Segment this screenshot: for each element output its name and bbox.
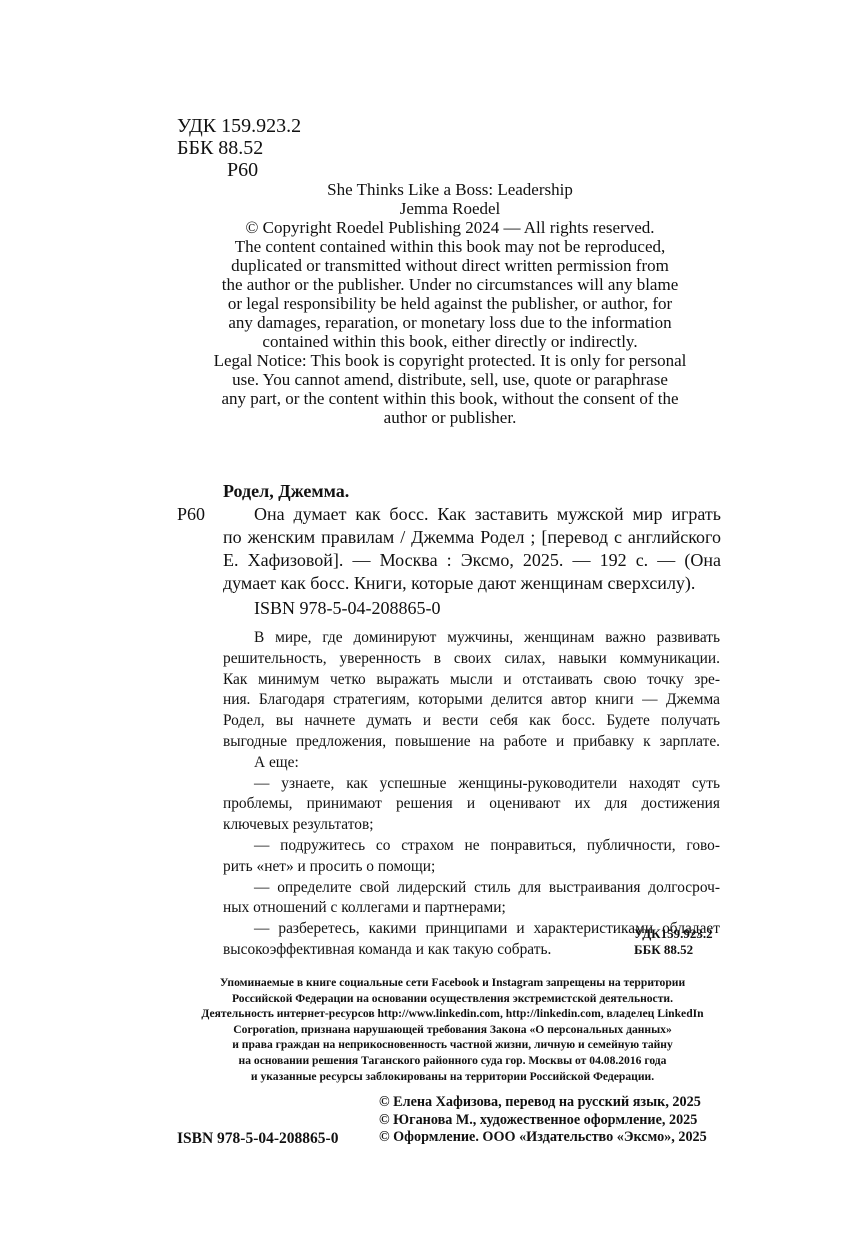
legal-disclaimer: Упоминаемые в книге социальные сети Face… <box>170 975 735 1084</box>
annotation-codes: УДК159.923.2 ББК 88.52 <box>634 926 713 958</box>
bib-author-mark: Р60 <box>177 503 205 526</box>
notice-line: any part, or the content within this boo… <box>170 389 730 408</box>
notice-line: Legal Notice: This book is copyright pro… <box>170 351 730 370</box>
annotation-line: решительность, уверенность в своих силах… <box>223 649 720 670</box>
notice-line: contained within this book, either direc… <box>170 332 730 351</box>
annotation-bbk: ББК 88.52 <box>634 942 713 958</box>
notice-line: use. You cannot amend, distribute, sell,… <box>170 370 730 389</box>
annotation-udk: УДК159.923.2 <box>634 926 713 942</box>
disclaimer-line: Российской Федерации на основании осущес… <box>170 991 735 1007</box>
annotation-line: Как минимум четко выражать мысли и отста… <box>223 670 720 691</box>
notice-line: author or publisher. <box>170 408 730 427</box>
bib-author-heading: Родел, Джемма. <box>223 480 349 503</box>
bib-line: Е. Хафизовой]. — Москва : Эксмо, 2025. —… <box>223 549 721 572</box>
bbk-code: ББК 88.52 <box>177 137 301 159</box>
original-notice-text: © Copyright Roedel Publishing 2024 — All… <box>170 218 730 427</box>
footer-isbn: ISBN 978-5-04-208865-0 <box>177 1130 338 1148</box>
annotation-line: ния. Благодаря стратегиям, которыми дели… <box>223 690 720 711</box>
annotation-line: ключевых результатов; <box>223 815 720 836</box>
disclaimer-line: Corporation, признана нарушающей требова… <box>170 1022 735 1038</box>
bib-line: Она думает как босс. Как заставить мужск… <box>254 503 721 526</box>
annotation-line: — подружитесь со страхом не понравиться,… <box>223 836 720 857</box>
original-title: She Thinks Like a Boss: Leadership <box>170 180 730 199</box>
annotation-line: А еще: <box>223 753 720 774</box>
annotation-line: Родел, вы начнете думать и вести себя ка… <box>223 711 720 732</box>
bib-line: думает как босс. Книги, которые дают жен… <box>223 572 721 595</box>
original-copyright-notice: She Thinks Like a Boss: Leadership Jemma… <box>170 180 730 427</box>
udk-code: УДК 159.923.2 <box>177 115 301 137</box>
annotation-line: В мире, где доминируют мужчины, женщинам… <box>223 628 720 649</box>
notice-line: The content contained within this book m… <box>170 237 730 256</box>
original-author: Jemma Roedel <box>170 199 730 218</box>
notice-line: or legal responsibility be held against … <box>170 294 730 313</box>
notice-line: duplicated or transmitted without direct… <box>170 256 730 275</box>
annotation-line: — определите свой лидерский стиль для вы… <box>223 878 720 899</box>
annotation-line: рить «нет» и просить о помощи; <box>223 857 720 878</box>
disclaimer-line: на основании решения Таганского районног… <box>170 1053 735 1069</box>
notice-line: the author or the publisher. Under no ci… <box>170 275 730 294</box>
copyright-line: © Елена Хафизова, перевод на русский язы… <box>379 1094 707 1112</box>
disclaimer-line: Упоминаемые в книге социальные сети Face… <box>170 975 735 991</box>
disclaimer-line: и права граждан на неприкосновенность ча… <box>170 1037 735 1053</box>
notice-line: © Copyright Roedel Publishing 2024 — All… <box>170 218 730 237</box>
footer-copyrights: © Елена Хафизова, перевод на русский язы… <box>379 1094 707 1147</box>
copyright-line: © Оформление. ООО «Издательство «Эксмо»,… <box>379 1129 707 1147</box>
annotation-line: выгодные предложения, повышение на работ… <box>223 732 720 753</box>
bib-description-cont: по женским правилам / Джемма Родел ; [пе… <box>223 526 721 595</box>
disclaimer-line: и указанные ресурсы заблокированы на тер… <box>170 1069 735 1085</box>
bib-description: Она думает как босс. Как заставить мужск… <box>254 503 721 526</box>
bib-isbn: ISBN 978-5-04-208865-0 <box>254 597 441 620</box>
author-mark: Р60 <box>177 159 301 181</box>
copyright-line: © Юганова М., художественное оформление,… <box>379 1112 707 1130</box>
notice-line: any damages, reparation, or monetary los… <box>170 313 730 332</box>
disclaimer-line: Деятельность интернет-ресурсов http://ww… <box>170 1006 735 1022</box>
annotation-line: — узнаете, как успешные женщины-руководи… <box>223 774 720 795</box>
annotation-line: проблемы, принимают решения и оценивают … <box>223 794 720 815</box>
annotation: В мире, где доминируют мужчины, женщинам… <box>223 628 720 961</box>
bib-line: по женским правилам / Джемма Родел ; [пе… <box>223 526 721 549</box>
annotation-line: ных отношений с коллегами и партнерами; <box>223 898 720 919</box>
classification-block: УДК 159.923.2 ББК 88.52 Р60 <box>177 115 301 181</box>
